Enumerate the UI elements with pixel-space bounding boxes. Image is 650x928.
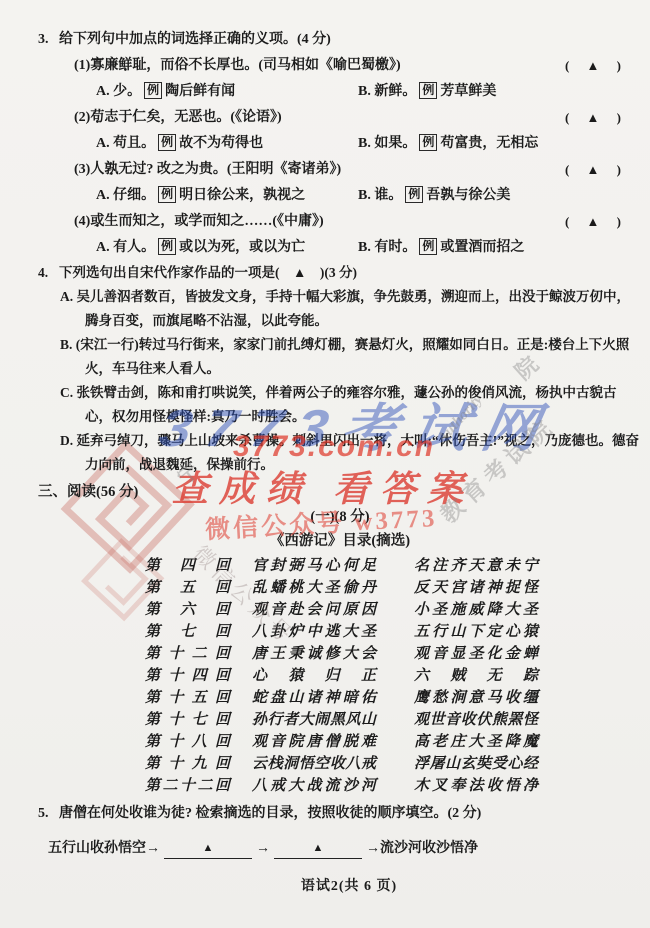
example-box: 例: [158, 134, 176, 151]
q4-option-a: A. 吴儿善泅者数百，皆披发文身，手持十幅大彩旗，争先鼓勇，溯迎而上，出没于鲸波…: [38, 285, 642, 333]
q4-option-c: C. 张铁臂击剑，陈和甫打哄说笑，伴着两公子的雍容尔雅，蘧公孙的俊俏风流，杨执中…: [38, 381, 642, 429]
toc-row: 第四回官封弼马心何足名注齐天意未宁: [145, 555, 642, 577]
toc-row: 第五回乱蟠桃大圣偷丹反天宫诸神捉怪: [145, 577, 642, 599]
toc-row: 第六回观音赴会问原因小圣施威降大圣: [145, 599, 642, 621]
flow-arrow: →: [256, 839, 270, 859]
question-3-number: 3.: [38, 27, 59, 53]
option-b: B. 谁。例吾孰与徐公美: [358, 183, 510, 209]
option-a: A. 少。例陶后鲜有闻: [96, 79, 358, 105]
section-three-heading: 三、阅读(56 分): [38, 479, 642, 505]
option-a: A. 苟且。例故不为苟得也: [96, 131, 358, 157]
q4-option-b: B. (宋江一行)转过马行街来，家家门前扎缚灯棚，赛悬灯火，照耀如同白日。正是:…: [38, 333, 642, 381]
option-b: B. 有时。例或置酒而招之: [358, 235, 524, 261]
question-3: 3. 给下列句中加点的词选择正确的义项。(4 分) (1)寡廉鲜耻，而俗不长厚也…: [38, 27, 642, 261]
q3-item-2-stem: (2)苟志于仁矣，无恶也。(《论语》) ( ▲ ): [38, 105, 642, 131]
toc-row: 第十八回观音院唐僧脱难高老庄大圣降魔: [145, 731, 642, 753]
q3-item-4-options: A. 有人。例或以为死，或以为亡 B. 有时。例或置酒而招之: [38, 235, 642, 261]
question-4-number: 4.: [38, 261, 59, 285]
page-footer: 语试2(共 6 页): [38, 875, 642, 895]
example-box: 例: [158, 238, 176, 255]
question-4-title: 下列选句出自宋代作家作品的一项是( ▲ )(3 分): [59, 261, 357, 285]
toc-row: 第十七回孙行者大闹黑风山观世音收伏熊罴怪: [145, 709, 642, 731]
item-number: (1): [74, 58, 90, 73]
q3-item-4-stem: (4)或生而知之，或学而知之……(《中庸》) ( ▲ ): [38, 209, 642, 235]
q4-option-d: D. 延弃弓绰刀，骤马上山坡来杀曹操。刺斜里闪出一将，大叫:“休伤吾主!”视之，…: [38, 429, 642, 477]
q3-item-2-options: A. 苟且。例故不为苟得也 B. 如果。例苟富贵，无相忘: [38, 131, 642, 157]
q3-item-1-options: A. 少。例陶后鲜有闻 B. 新鲜。例芳草鲜美: [38, 79, 642, 105]
option-a: A. 有人。例或以为死，或以为亡: [96, 235, 358, 261]
question-5-title: 唐僧在何处收谁为徒? 检索摘选的目录，按照收徒的顺序填空。(2 分): [59, 801, 481, 827]
toc-row: 第十二回唐王秉诚修大会观音显圣化金蝉: [145, 643, 642, 665]
example-box: 例: [419, 134, 437, 151]
answer-mark: ( ▲ ): [565, 53, 628, 79]
item-number: (3): [74, 162, 90, 177]
q5-answer-flow: 五行山收孙悟空→ ▲ → ▲ →流沙河收沙悟净: [38, 827, 642, 859]
toc-row: 第十四回心猿归正六贼无踪: [145, 665, 642, 687]
question-4: 4. 下列选句出自宋代作家作品的一项是( ▲ )(3 分) A. 吴儿善泅者数百…: [38, 261, 642, 477]
flow-end: →流沙河收沙悟净: [366, 839, 478, 859]
question-3-title: 给下列句中加点的词选择正确的义项。(4 分): [59, 27, 331, 53]
toc-title: 《西游记》目录(摘选): [38, 529, 642, 553]
toc-row: 第二十二回八戒大战流沙河木叉奉法收悟净: [145, 775, 642, 797]
option-b: B. 如果。例苟富贵，无相忘: [358, 131, 538, 157]
option-b: B. 新鲜。例芳草鲜美: [358, 79, 496, 105]
part-one-heading: (一)(8 分): [38, 505, 642, 529]
question-5: 5. 唐僧在何处收谁为徒? 检索摘选的目录，按照收徒的顺序填空。(2 分) 五行…: [38, 801, 642, 859]
q3-item-1-stem: (1)寡廉鲜耻，而俗不长厚也。(司马相如《喻巴蜀檄》) ( ▲ ): [38, 53, 642, 79]
answer-mark: ( ▲ ): [565, 209, 628, 235]
fill-blank-1: ▲: [164, 838, 252, 859]
flow-start: 五行山收孙悟空→: [48, 839, 160, 859]
option-a: A. 仔细。例明日徐公来，孰视之: [96, 183, 358, 209]
toc-row: 第十五回蛇盘山诸神暗佑鹰愁涧意马收缰: [145, 687, 642, 709]
fill-blank-2: ▲: [274, 838, 362, 859]
toc-row: 第十九回云栈洞悟空收八戒浮屠山玄奘受心经: [145, 753, 642, 775]
q3-item-3-stem: (3)人孰无过? 改之为贵。(王阳明《寄诸弟》) ( ▲ ): [38, 157, 642, 183]
dotted-word: 或: [90, 214, 104, 229]
example-box: 例: [419, 82, 437, 99]
example-box: 例: [158, 186, 176, 203]
item-number: (2): [74, 110, 90, 125]
journey-west-toc: 第四回官封弼马心何足名注齐天意未宁 第五回乱蟠桃大圣偷丹反天宫诸神捉怪 第六回观…: [145, 555, 642, 797]
answer-mark: ( ▲ ): [565, 157, 628, 183]
example-box: 例: [405, 186, 423, 203]
example-box: 例: [144, 82, 162, 99]
dotted-word: 苟: [90, 110, 104, 125]
item-number: (4): [74, 214, 90, 229]
dotted-word: 鲜: [118, 58, 132, 73]
dotted-word: 孰: [104, 162, 118, 177]
toc-row: 第七回八卦炉中逃大圣五行山下定心猿: [145, 621, 642, 643]
question-5-number: 5.: [38, 801, 59, 827]
q3-item-3-options: A. 仔细。例明日徐公来，孰视之 B. 谁。例吾孰与徐公美: [38, 183, 642, 209]
example-box: 例: [419, 238, 437, 255]
exam-page: 3. 给下列句中加点的词选择正确的义项。(4 分) (1)寡廉鲜耻，而俗不长厚也…: [0, 0, 650, 928]
answer-mark: ( ▲ ): [565, 105, 628, 131]
